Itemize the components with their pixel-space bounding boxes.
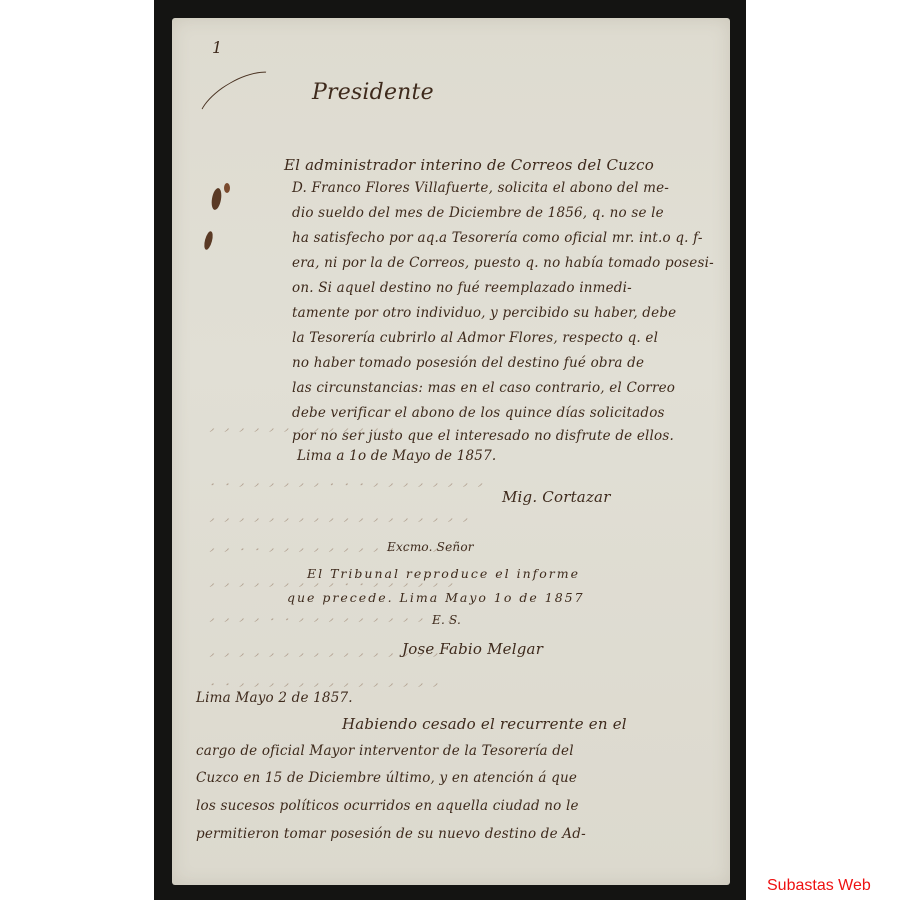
text-line: que precede. Lima Mayo 1o de 1857: [287, 590, 585, 605]
flourish-decoration: [190, 60, 291, 142]
manuscript-page: 1 Presidente El administrador interino d…: [172, 18, 730, 885]
bleed-through: , , , , , , , , , , , , ,: [208, 418, 402, 434]
text-line: El Tribunal reproduce el informe: [307, 566, 580, 581]
salutation: Presidente: [312, 80, 434, 105]
text-line: era, ni por la de Correos, puesto q. no …: [292, 255, 714, 271]
bleed-through: . . , , , , , , , , , , , , , ,: [208, 673, 446, 689]
text-line: cargo de oficial Mayor interventor de la…: [196, 743, 574, 759]
text-line: Habiendo cesado el recurrente en el: [342, 715, 627, 733]
text-line: tamente por otro individuo, y percibido …: [292, 305, 676, 321]
text-line: permitieron tomar posesión de su nuevo d…: [196, 826, 586, 842]
date-line: Lima Mayo 2 de 1857.: [196, 690, 353, 706]
text-line: las circunstancias: mas en el caso contr…: [292, 380, 675, 396]
note-greeting: Excmo. Señor: [387, 540, 474, 554]
text-line: no haber tomado posesión del destino fué…: [292, 355, 644, 371]
note-abbrev: E. S.: [432, 613, 461, 627]
text-line: la Tesorería cubrirlo al Admor Flores, r…: [292, 330, 658, 346]
signature: Jose Fabio Melgar: [402, 640, 543, 658]
text-line: on. Si aquel destino no fué reemplazado …: [292, 280, 632, 296]
signature: Mig. Cortazar: [502, 488, 611, 506]
bleed-through: , , , , . . , , , , , , , , , , ,: [208, 608, 461, 624]
bleed-through: . . , , , , , , . . . , , , , , , , ,: [208, 473, 491, 489]
ink-stain: [210, 187, 223, 210]
corner-mark: 1: [212, 38, 222, 57]
ink-stain: [224, 183, 230, 193]
bleed-through: , , , , , , , , , , , , , , , , , ,: [208, 508, 476, 524]
ink-stain: [203, 230, 215, 250]
date-line: Lima a 1o de Mayo de 1857.: [297, 448, 496, 464]
text-line: ha satisfecho por aq.a Tesorería como of…: [292, 230, 703, 246]
text-line: D. Franco Flores Villafuerte, solicita e…: [292, 180, 669, 196]
watermark-label: Subastas Web: [767, 877, 871, 895]
text-line: El administrador interino de Correos del…: [284, 156, 654, 174]
text-line: Cuzco en 15 de Diciembre último, y en at…: [196, 770, 577, 786]
text-line: los sucesos políticos ocurridos en aquel…: [196, 798, 579, 814]
text-line: dio sueldo del mes de Diciembre de 1856,…: [292, 205, 664, 221]
